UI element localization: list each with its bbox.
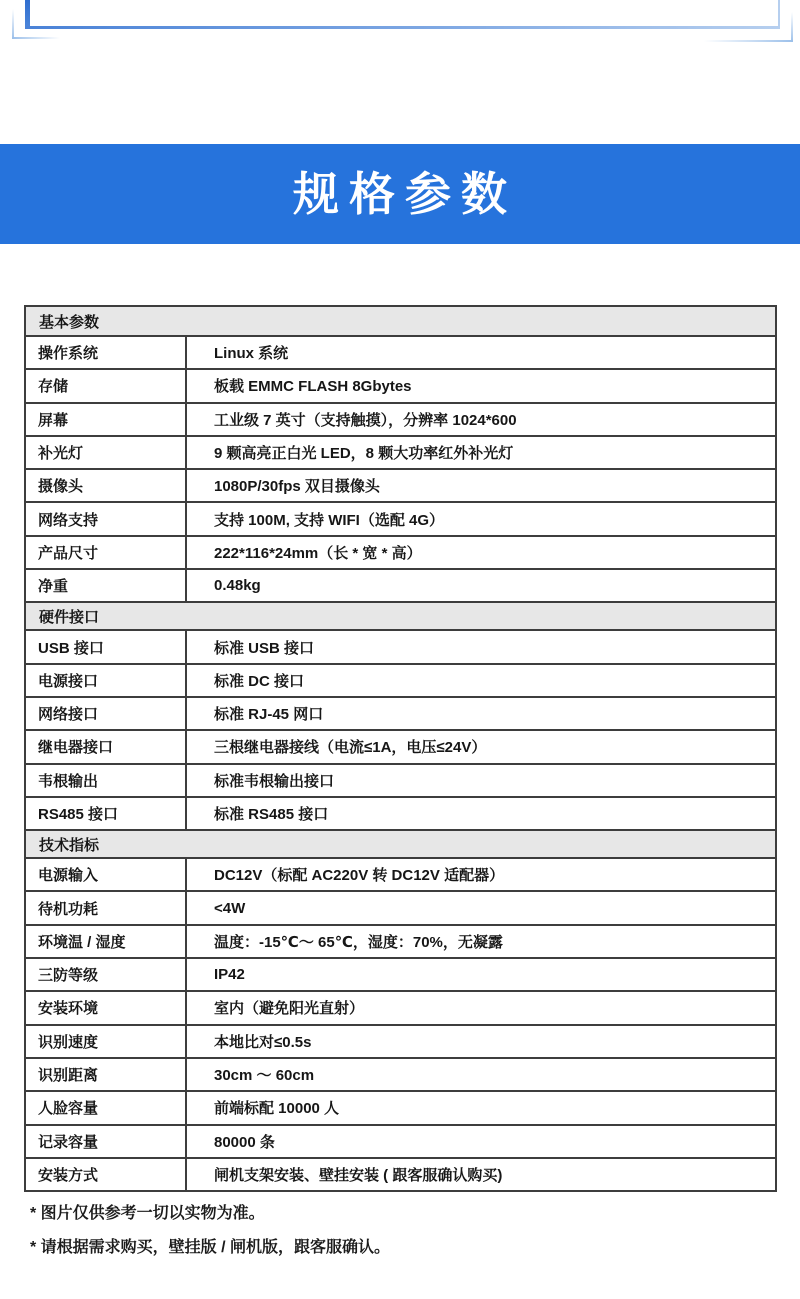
spec-label: 韦根输出 [26,765,187,796]
spec-value: IP42 [187,959,775,990]
spec-value: 三根继电器接线（电流≤1A，电压≤24V） [187,731,775,762]
frame-accent-right [704,40,793,42]
spec-value: 前端标配 10000 人 [187,1092,775,1123]
spec-value: 温度：-15℃～ 65℃，湿度：70%，无凝露 [187,926,775,957]
spec-row: 屏幕工业级 7 英寸（支持触摸），分辨率 1024*600 [26,402,775,435]
spec-label: 产品尺寸 [26,537,187,568]
frame-right-line [778,0,780,29]
spec-row: 电源接口标准 DC 接口 [26,663,775,696]
spec-row: 电源输入DC12V（标配 AC220V 转 DC12V 适配器） [26,857,775,890]
frame-accent-left [12,9,14,39]
spec-value: 标准 RS485 接口 [187,798,775,829]
frame-bottom-line [25,26,778,29]
spec-value: 1080P/30fps 双目摄像头 [187,470,775,501]
spec-label: 网络支持 [26,503,187,534]
spec-row: 净重0.48kg [26,568,775,601]
spec-value: DC12V（标配 AC220V 转 DC12V 适配器） [187,859,775,890]
spec-row: 识别速度本地比对≤0.5s [26,1024,775,1057]
spec-row: 网络接口标准 RJ-45 网口 [26,696,775,729]
spec-value: 本地比对≤0.5s [187,1026,775,1057]
spec-row: 记录容量80000 条 [26,1124,775,1157]
spec-label: 待机功耗 [26,892,187,923]
spec-row: 摄像头1080P/30fps 双目摄像头 [26,468,775,501]
spec-row: RS485 接口标准 RS485 接口 [26,796,775,829]
spec-value: 标准 DC 接口 [187,665,775,696]
section-header: 技术指标 [26,829,775,857]
spec-row: 安装环境室内（避免阳光直射） [26,990,775,1023]
spec-value: 9 颗高亮正白光 LED，8 颗大功率红外补光灯 [187,437,775,468]
spec-label: 补光灯 [26,437,187,468]
spec-value: <4W [187,892,775,923]
footnotes: * 图片仅供参考一切以实物为准。* 请根据需求购买，壁挂版 / 闸机版，跟客服确… [30,1204,390,1272]
spec-label: 电源输入 [26,859,187,890]
section-header: 硬件接口 [26,601,775,629]
frame-accent-left [12,37,60,39]
spec-label: 存储 [26,370,187,401]
spec-value: 支持 100M, 支持 WIFI（选配 4G） [187,503,775,534]
spec-label: 屏幕 [26,404,187,435]
spec-row: 存储板载 EMMC FLASH 8Gbytes [26,368,775,401]
spec-label: 电源接口 [26,665,187,696]
spec-value: 标准韦根输出接口 [187,765,775,796]
spec-value: 标准 RJ-45 网口 [187,698,775,729]
section-header: 基本参数 [26,307,775,335]
spec-row: 识别距离30cm ～ 60cm [26,1057,775,1090]
spec-value: 80000 条 [187,1126,775,1157]
spec-row: 补光灯9 颗高亮正白光 LED，8 颗大功率红外补光灯 [26,435,775,468]
spec-row: 产品尺寸222*116*24mm（长 * 宽 * 高） [26,535,775,568]
spec-row: 待机功耗<4W [26,890,775,923]
spec-label: 识别速度 [26,1026,187,1057]
spec-label: 环境温 / 湿度 [26,926,187,957]
frame-corner-line [25,0,30,29]
spec-label: RS485 接口 [26,798,187,829]
spec-value: 标准 USB 接口 [187,631,775,662]
spec-value: 室内（避免阳光直射） [187,992,775,1023]
spec-label: 摄像头 [26,470,187,501]
spec-value: 闸机支架安装、壁挂安装 ( 跟客服确认购买) [187,1159,775,1190]
spec-row: 三防等级IP42 [26,957,775,990]
spec-value: 30cm ～ 60cm [187,1059,775,1090]
spec-row: 操作系统Linux 系统 [26,335,775,368]
spec-label: 网络接口 [26,698,187,729]
spec-label: 识别距离 [26,1059,187,1090]
product-spec-page: 规格参数 基本参数操作系统Linux 系统存储板载 EMMC FLASH 8Gb… [0,0,800,1299]
spec-row: USB 接口标准 USB 接口 [26,629,775,662]
frame-accent-right [791,12,793,42]
spec-label: 人脸容量 [26,1092,187,1123]
spec-label: 记录容量 [26,1126,187,1157]
spec-row: 人脸容量前端标配 10000 人 [26,1090,775,1123]
footnote-text: * 请根据需求购买，壁挂版 / 闸机版，跟客服确认。 [30,1238,390,1258]
spec-value: 板载 EMMC FLASH 8Gbytes [187,370,775,401]
spec-row: 安装方式闸机支架安装、壁挂安装 ( 跟客服确认购买) [26,1157,775,1190]
spec-label: 安装方式 [26,1159,187,1190]
spec-value: 222*116*24mm（长 * 宽 * 高） [187,537,775,568]
section-banner-title: 规格参数 [283,171,517,217]
section-banner: 规格参数 [0,144,800,244]
spec-label: USB 接口 [26,631,187,662]
spec-label: 净重 [26,570,187,601]
spec-label: 操作系统 [26,337,187,368]
spec-label: 三防等级 [26,959,187,990]
spec-value: 0.48kg [187,570,775,601]
spec-row: 继电器接口三根继电器接线（电流≤1A，电压≤24V） [26,729,775,762]
spec-value: Linux 系统 [187,337,775,368]
spec-label: 安装环境 [26,992,187,1023]
spec-table: 基本参数操作系统Linux 系统存储板载 EMMC FLASH 8Gbytes屏… [24,305,777,1192]
footnote-text: * 图片仅供参考一切以实物为准。 [30,1204,390,1224]
spec-row: 网络支持支持 100M, 支持 WIFI（选配 4G） [26,501,775,534]
spec-row: 韦根输出标准韦根输出接口 [26,763,775,796]
spec-value: 工业级 7 英寸（支持触摸），分辨率 1024*600 [187,404,775,435]
spec-label: 继电器接口 [26,731,187,762]
spec-row: 环境温 / 湿度温度：-15℃～ 65℃，湿度：70%，无凝露 [26,924,775,957]
